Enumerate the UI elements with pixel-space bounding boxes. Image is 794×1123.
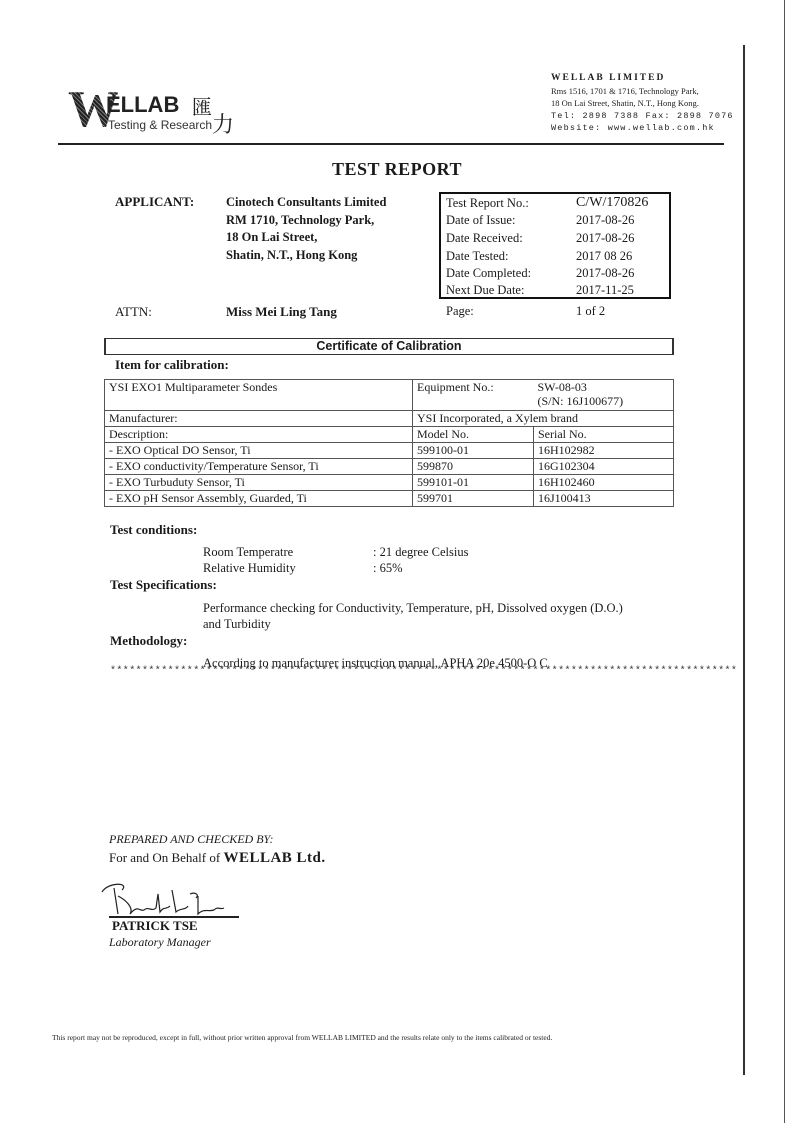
row-model: 599870 (413, 459, 534, 475)
date-issue-value: 2017-08-26 (576, 213, 634, 228)
table-row: YSI EXO1 Multiparameter Sondes Equipment… (105, 380, 674, 411)
footer-disclaimer: This report may not be reproduced, excep… (52, 1033, 552, 1042)
date-completed-label: Date Completed: (446, 266, 531, 281)
test-specifications-label: Test Specifications: (110, 577, 217, 593)
row-serial: 16H102982 (534, 443, 674, 459)
separator-stars: ****************************************… (110, 666, 737, 677)
manufacturer-label: Manufacturer: (105, 411, 413, 427)
condition-temp-value: : 21 degree Celsius (373, 545, 468, 560)
row-model: 599100-01 (413, 443, 534, 459)
logo-brand: ELLAB (106, 92, 179, 118)
row-serial: 16J100413 (534, 491, 674, 507)
table-header-row: Description: Model No. Serial No. (105, 427, 674, 443)
page-label: Page: (446, 304, 474, 319)
table-row: - EXO Turbuduty Sensor, Ti 599101-01 16H… (105, 475, 674, 491)
header-serial: Serial No. (534, 427, 674, 443)
date-completed-value: 2017-08-26 (576, 266, 634, 281)
company-contact: Tel: 2898 7388 Fax: 2898 7076 (551, 110, 734, 123)
table-row: Manufacturer: YSI Incorporated, a Xylem … (105, 411, 674, 427)
logo-cjk-2: 力 (212, 108, 234, 139)
methodology-label: Methodology: (110, 633, 187, 649)
date-issue-label: Date of Issue: (446, 213, 515, 228)
row-description: - EXO Turbuduty Sensor, Ti (105, 475, 413, 491)
date-received-value: 2017-08-26 (576, 231, 634, 246)
date-received-label: Date Received: (446, 231, 523, 246)
behalf-company: WELLAB Ltd. (223, 850, 325, 866)
report-no-value: C/W/170826 (576, 195, 648, 211)
company-name: WELLAB LIMITED (551, 72, 734, 85)
equipment-no: SW-08-03 (538, 380, 670, 394)
item-for-calibration-label: Item for calibration: (115, 357, 229, 373)
applicant-label: APPLICANT: (115, 194, 194, 210)
condition-temp-name: Room Temperatre (203, 545, 293, 560)
row-serial: 16G102304 (534, 459, 674, 475)
attn-name: Miss Mei Ling Tang (226, 304, 337, 320)
table-row: - EXO pH Sensor Assembly, Guarded, Ti 59… (105, 491, 674, 507)
applicant-name: Cinotech Consultants Limited (226, 194, 386, 212)
wellab-logo: W ELLAB 匯 力 Testing & Research (68, 88, 238, 136)
row-model: 599701 (413, 491, 534, 507)
header-model: Model No. (413, 427, 534, 443)
page-value: 1 of 2 (576, 304, 605, 319)
condition-humidity-value: : 65% (373, 561, 403, 576)
logo-cjk-1: 匯 (192, 91, 212, 120)
condition-humidity-name: Relative Humidity (203, 561, 296, 576)
next-due-value: 2017-11-25 (576, 283, 634, 298)
test-conditions-label: Test conditions: (110, 522, 197, 538)
applicant-address-2: 18 On Lai Street, (226, 229, 386, 247)
test-spec-line-2: and Turbidity (203, 617, 271, 632)
signer-role: Laboratory Manager (109, 935, 211, 950)
company-address-2: 18 On Lai Street, Shatin, N.T., Hong Kon… (551, 97, 734, 110)
row-description: - EXO pH Sensor Assembly, Guarded, Ti (105, 491, 413, 507)
table-row: - EXO conductivity/Temperature Sensor, T… (105, 459, 674, 475)
signer-name: PATRICK TSE (112, 918, 198, 934)
test-spec-line-1: Performance checking for Conductivity, T… (203, 601, 623, 616)
row-serial: 16H102460 (534, 475, 674, 491)
applicant-details: Cinotech Consultants Limited RM 1710, Te… (226, 194, 386, 264)
applicant-address-3: Shatin, N.T., Hong Kong (226, 247, 386, 265)
behalf-prefix: For and On Behalf of (109, 850, 223, 865)
company-address-1: Rms 1516, 1701 & 1716, Technology Park, (551, 85, 734, 98)
equipment-value: SW-08-03 (S/N: 16J100677) (534, 380, 674, 411)
prepared-label: PREPARED AND CHECKED BY: (109, 832, 273, 847)
header-divider (58, 143, 724, 145)
company-website: Website: www.wellab.com.hk (551, 122, 734, 135)
on-behalf-line: For and On Behalf of WELLAB Ltd. (109, 850, 326, 867)
equipment-serial: (S/N: 16J100677) (538, 394, 670, 408)
item-name: YSI EXO1 Multiparameter Sondes (105, 380, 413, 411)
attn-label: ATTN: (115, 304, 152, 320)
scan-edge-line (743, 45, 745, 1075)
row-description: - EXO Optical DO Sensor, Ti (105, 443, 413, 459)
applicant-address-1: RM 1710, Technology Park, (226, 212, 386, 230)
date-tested-value: 2017 08 26 (576, 249, 632, 264)
next-due-label: Next Due Date: (446, 283, 524, 298)
date-tested-label: Date Tested: (446, 249, 508, 264)
table-row: - EXO Optical DO Sensor, Ti 599100-01 16… (105, 443, 674, 459)
scan-edge-line-outer (784, 0, 785, 1123)
calibration-items-table: YSI EXO1 Multiparameter Sondes Equipment… (104, 379, 674, 507)
certificate-title: Certificate of Calibration (104, 338, 674, 355)
header-description: Description: (105, 427, 413, 443)
row-model: 599101-01 (413, 475, 534, 491)
manufacturer-value: YSI Incorporated, a Xylem brand (413, 411, 674, 427)
page-title: TEST REPORT (0, 159, 794, 180)
row-description: - EXO conductivity/Temperature Sensor, T… (105, 459, 413, 475)
signature-scribble (100, 880, 250, 920)
report-no-label: Test Report No.: (446, 196, 529, 211)
company-info: WELLAB LIMITED Rms 1516, 1701 & 1716, Te… (551, 72, 734, 135)
equipment-label: Equipment No.: (413, 380, 534, 411)
logo-tagline: Testing & Research (108, 118, 212, 132)
